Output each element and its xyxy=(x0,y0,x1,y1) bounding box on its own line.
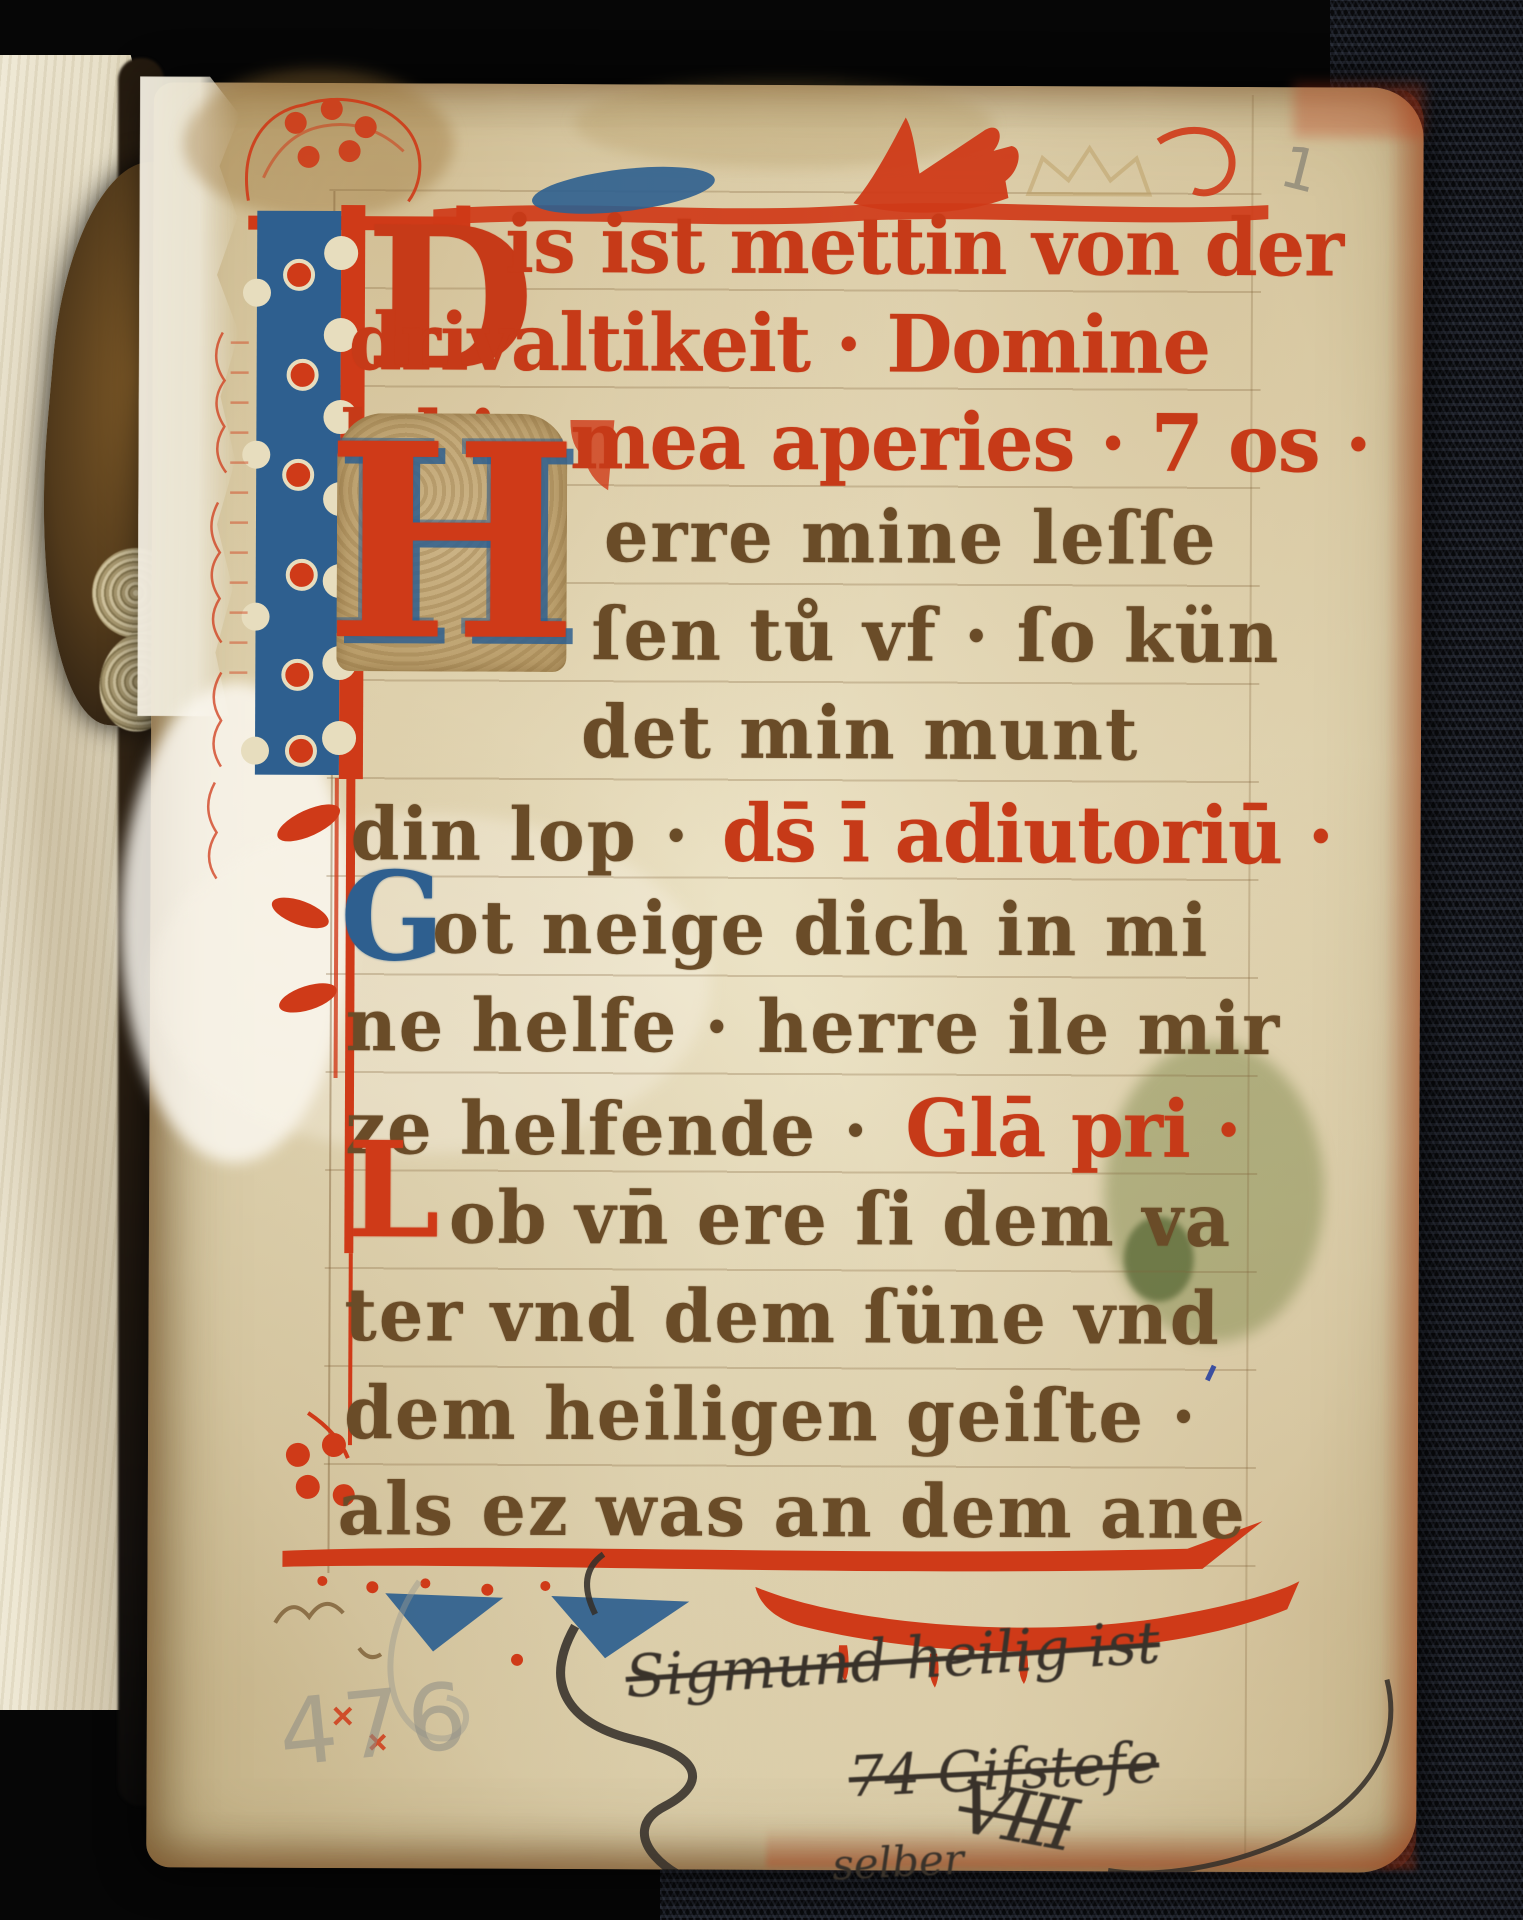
text-line-14: als ez was an dem ane xyxy=(337,1465,1246,1555)
text-line-4: erre mine leſſe xyxy=(604,493,1218,582)
photograph-of-manuscript: 1 D is ist mettin von der drivaltikeit ·… xyxy=(0,0,1523,1920)
manuscript-page: 1 D is ist mettin von der drivaltikeit ·… xyxy=(146,82,1424,1873)
faint-crown-sketch-icon xyxy=(1028,148,1149,195)
text-line-11: ob vn̄ ere ſi dem va xyxy=(449,1174,1233,1264)
margin-filigree-icon xyxy=(208,332,249,878)
small-word-inscription: selber xyxy=(831,1834,965,1889)
text-line-10: ze helfende · Glā pri · xyxy=(345,1079,1241,1175)
red-dot xyxy=(511,1654,523,1666)
initial-g: G xyxy=(340,855,445,977)
text-line-12: ter vnd dem ſüne vnd xyxy=(344,1271,1221,1361)
red-curl-flourish-icon xyxy=(1158,130,1232,193)
illuminated-initial-h-block: H xyxy=(336,413,567,672)
text-line-7-rubric: ds̄ ī adiutoriū · xyxy=(722,787,1334,882)
text-line-8: ot neige dich in mi xyxy=(432,884,1210,974)
blue-ink-speck xyxy=(1205,1365,1216,1382)
text-line-13: dem heiligen geiſte · xyxy=(344,1369,1198,1459)
initial-h: H xyxy=(324,385,579,701)
text-line-1: is ist mettin von der xyxy=(505,198,1343,294)
initial-l: L xyxy=(347,1125,440,1257)
pencil-number: 476 xyxy=(274,1662,477,1788)
text-line-7: din lop · ds̄ ī adiutoriū · xyxy=(350,785,1333,882)
text-line-5: ſen tů vf · ſo kün xyxy=(591,590,1280,679)
text-line-6: det min munt xyxy=(581,688,1140,777)
text-line-9: ne helfe · herre ile mir xyxy=(346,981,1282,1071)
pen-squiggle-icon xyxy=(275,1604,381,1657)
text-line-10-rubric: Glā pri · xyxy=(905,1082,1241,1176)
text-line-2: drivaltikeit · Domine xyxy=(349,295,1211,391)
